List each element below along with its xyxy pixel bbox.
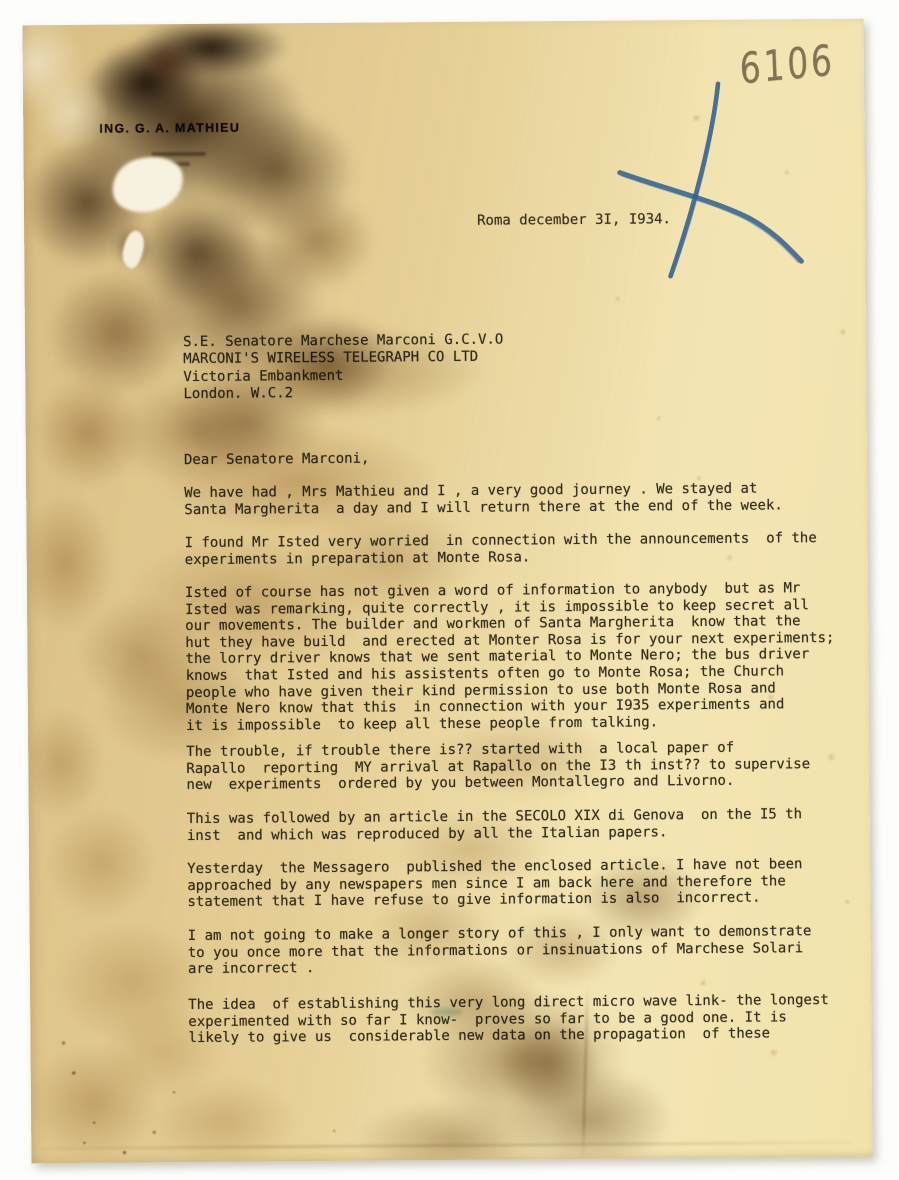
letter-page: ING. G. A. MATHIEU Roma december 3I, I93… — [23, 19, 873, 1164]
paragraph: Isted of course has not given a word of … — [185, 580, 835, 734]
paper-tear-patch — [106, 149, 189, 219]
recipient-address: S.E. Senatore Marchese Marconi G.C.V.O M… — [183, 332, 504, 404]
paragraph: Yesterday the Messagero published the en… — [187, 856, 803, 911]
fold-crease-horizontal — [41, 1141, 853, 1150]
letterhead-name: ING. G. A. MATHIEU — [99, 121, 240, 136]
letterhead-subtext-illegible — [152, 152, 206, 156]
scan-background: ING. G. A. MATHIEU Roma december 3I, I93… — [0, 0, 899, 1180]
paragraph: The trouble, if trouble there is?? start… — [186, 739, 810, 794]
paragraph: We have had , Mrs Mathieu and I , a very… — [184, 480, 783, 518]
dateline: Roma december 3I, I934. — [477, 211, 671, 229]
paper-tear-small — [121, 229, 146, 270]
catalog-number-pencil: 6106 — [739, 37, 836, 94]
paragraph: This was followed by an article in the S… — [187, 806, 803, 844]
paragraph: I found Mr Isted very worried in connect… — [185, 530, 817, 568]
paragraph: The idea of establishing this very long … — [188, 992, 829, 1047]
paragraph: I am not going to make a longer story of… — [188, 923, 812, 978]
salutation: Dear Senatore Marconi, — [184, 451, 370, 469]
